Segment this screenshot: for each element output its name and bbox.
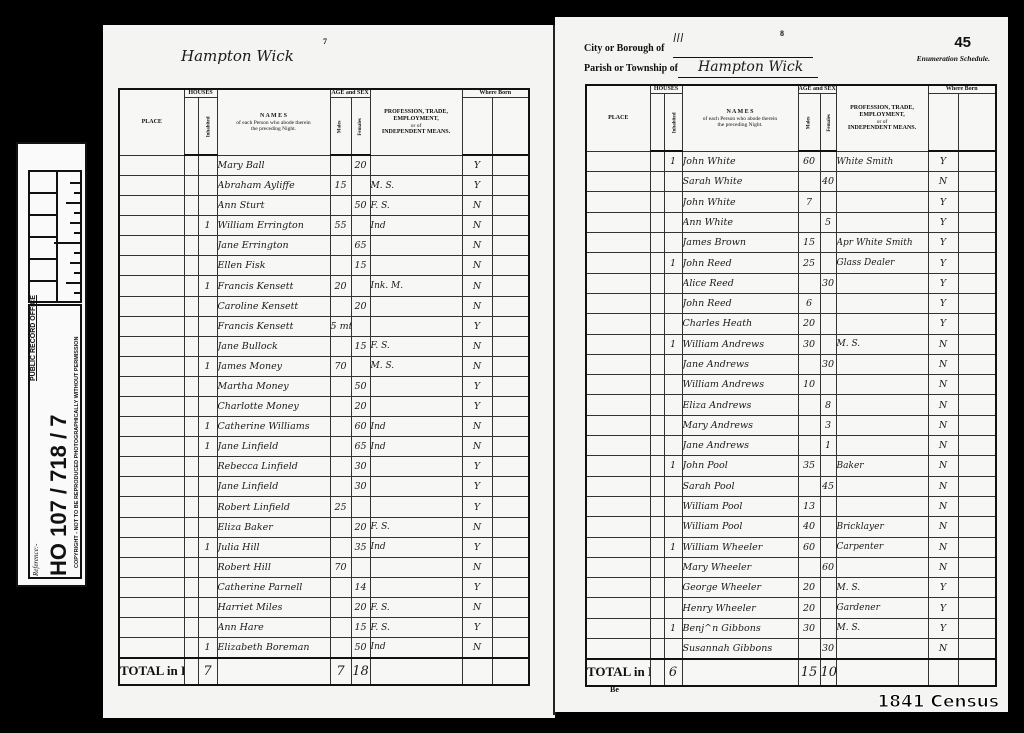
occupation: Ind	[370, 216, 462, 236]
born-foreign	[958, 618, 996, 638]
inhabited-cell	[664, 375, 682, 395]
person-name: Jane Andrews	[682, 354, 798, 374]
place-cell	[119, 557, 184, 577]
inhabited-cell	[664, 273, 682, 293]
born-foreign	[958, 415, 996, 435]
inhabited-cell	[664, 436, 682, 456]
occupation	[370, 236, 462, 256]
page-number: 7	[323, 37, 327, 46]
place-cell	[119, 517, 184, 537]
occupation	[836, 293, 928, 313]
age-male	[330, 397, 351, 417]
census-row: William Pool40BricklayerN	[586, 517, 996, 537]
city-label: City or Borough of	[584, 43, 664, 54]
total-males: 7	[330, 658, 351, 685]
uninhabited-cell	[650, 314, 664, 334]
inhabited-cell	[198, 256, 217, 276]
age-male	[330, 517, 351, 537]
born-same-county: N	[462, 417, 492, 437]
born-same-county: Y	[462, 316, 492, 336]
census-row: 1Elizabeth Boreman50IndN	[119, 638, 529, 658]
uninhabited-cell	[184, 276, 198, 296]
place-cell	[586, 273, 650, 293]
place-cell	[586, 517, 650, 537]
person-name: Alice Reed	[682, 273, 798, 293]
person-name: John White	[682, 151, 798, 171]
age-male	[798, 395, 820, 415]
place-cell	[119, 196, 184, 216]
born-same-county: N	[928, 436, 958, 456]
place-cell	[586, 253, 650, 273]
inhabited-cell	[198, 397, 217, 417]
uninhabited-cell	[184, 256, 198, 276]
parish-name: Hampton Wick	[181, 47, 294, 65]
col-place: PLACE	[586, 85, 650, 151]
col-females: Females	[820, 93, 836, 151]
occupation	[836, 415, 928, 435]
city-field	[673, 57, 813, 58]
age-female: 60	[351, 417, 370, 437]
born-foreign	[958, 517, 996, 537]
census-row: Ann White5Y	[586, 212, 996, 232]
born-same-county: N	[462, 196, 492, 216]
occupation: Ind	[370, 537, 462, 557]
census-row: Jane Andrews30N	[586, 354, 996, 374]
age-male: 70	[330, 356, 351, 376]
age-male: 6	[798, 293, 820, 313]
occupation: Apr White Smith	[836, 233, 928, 253]
born-same-county: Y	[928, 314, 958, 334]
age-male: 15	[798, 233, 820, 253]
occupation: M. S.	[836, 578, 928, 598]
census-row: Robert Linfield25Y	[119, 497, 529, 517]
census-row: Martha Money50Y	[119, 376, 529, 396]
age-female: 30	[351, 477, 370, 497]
age-female: 65	[351, 437, 370, 457]
person-name: George Wheeler	[682, 578, 798, 598]
place-cell	[586, 293, 650, 313]
person-name: William Pool	[682, 517, 798, 537]
person-name: Benj^n Gibbons	[682, 618, 798, 638]
age-male: 20	[798, 578, 820, 598]
census-row: 1Jane Linfield65IndN	[119, 437, 529, 457]
census-row: Jane Andrews1N	[586, 436, 996, 456]
inhabited-cell	[198, 457, 217, 477]
footer-mark: Be	[610, 685, 619, 694]
inhabited-cell	[664, 496, 682, 516]
census-row: Susannah Gibbons30N	[586, 639, 996, 659]
age-male	[798, 354, 820, 374]
age-male	[330, 618, 351, 638]
born-foreign	[492, 175, 529, 195]
place-cell	[586, 456, 650, 476]
census-watermark: 1841 Census	[877, 692, 999, 712]
inhabited-cell	[198, 376, 217, 396]
born-foreign	[492, 196, 529, 216]
uninhabited-cell	[184, 557, 198, 577]
census-row: James Brown15Apr White SmithY	[586, 233, 996, 253]
place-cell	[586, 192, 650, 212]
col-age-sex: AGE and SEX	[330, 89, 370, 97]
born-same-county: N	[928, 395, 958, 415]
born-same-county: N	[928, 375, 958, 395]
census-row: Henry Wheeler20GardenerY	[586, 598, 996, 618]
census-row: Harriet Miles20F. S.N	[119, 597, 529, 617]
uninhabited-cell	[184, 497, 198, 517]
age-female: 20	[351, 597, 370, 617]
born-same-county: N	[928, 334, 958, 354]
age-male	[330, 638, 351, 658]
inhabited-cell	[664, 639, 682, 659]
born-foreign	[958, 293, 996, 313]
schedule-label: Enumeration Schedule.	[917, 54, 990, 63]
occupation	[836, 436, 928, 456]
born-same-county: N	[928, 354, 958, 374]
uninhabited-cell	[650, 598, 664, 618]
age-female: 50	[351, 638, 370, 658]
census-row: William Pool13N	[586, 496, 996, 516]
person-name: Julia Hill	[217, 537, 330, 557]
inhabited-cell	[664, 415, 682, 435]
age-female	[351, 316, 370, 336]
page-number: 8	[780, 29, 784, 38]
inhabited-cell	[198, 497, 217, 517]
person-name: Harriet Miles	[217, 597, 330, 617]
inhabited-cell	[664, 598, 682, 618]
born-same-county: N	[928, 476, 958, 496]
place-cell	[119, 638, 184, 658]
born-foreign	[492, 376, 529, 396]
age-female	[820, 618, 836, 638]
uninhabited-cell	[650, 253, 664, 273]
age-female	[351, 276, 370, 296]
age-male: 20	[798, 314, 820, 334]
inhabited-cell	[664, 557, 682, 577]
census-row: Ellen Fisk15N	[119, 256, 529, 276]
person-name: Jane Andrews	[682, 436, 798, 456]
census-table-right: PLACE HOUSES N A M E Sof each Person who…	[585, 84, 997, 687]
uninhabited-cell	[650, 639, 664, 659]
col-foreign: Whether Born in Scotland, Ireland, or Fo…	[492, 97, 529, 155]
born-foreign	[958, 557, 996, 577]
age-male	[798, 476, 820, 496]
age-female	[820, 334, 836, 354]
born-foreign	[492, 336, 529, 356]
occupation	[370, 577, 462, 597]
occupation: Glass Dealer	[836, 253, 928, 273]
age-male: 5 mths	[330, 316, 351, 336]
occupation: M. S.	[836, 334, 928, 354]
person-name: John Reed	[682, 253, 798, 273]
born-foreign	[958, 375, 996, 395]
occupation	[370, 296, 462, 316]
place-cell	[119, 376, 184, 396]
parish-name: Hampton Wick	[698, 59, 803, 75]
born-foreign	[492, 537, 529, 557]
col-houses: HOUSES	[650, 85, 682, 93]
person-name: Mary Andrews	[682, 415, 798, 435]
age-male	[330, 236, 351, 256]
inhabited-cell	[198, 517, 217, 537]
inhabited-cell	[198, 296, 217, 316]
age-female: 60	[820, 557, 836, 577]
born-foreign	[958, 273, 996, 293]
age-female	[820, 537, 836, 557]
uninhabited-cell	[184, 638, 198, 658]
place-cell	[586, 354, 650, 374]
person-name: Susannah Gibbons	[682, 639, 798, 659]
age-female	[820, 375, 836, 395]
occupation	[836, 354, 928, 374]
inhabited-cell: 1	[664, 151, 682, 171]
age-male	[330, 155, 351, 175]
place-cell	[586, 212, 650, 232]
person-name: Henry Wheeler	[682, 598, 798, 618]
place-cell	[119, 597, 184, 617]
census-row: Abraham Ayliffe15M. S.Y	[119, 175, 529, 195]
col-same-county: Whether Born in same County	[928, 93, 958, 151]
census-row: Sarah White40N	[586, 172, 996, 192]
col-males: Males	[330, 97, 351, 155]
born-same-county: Y	[928, 192, 958, 212]
census-row: Ann Sturt50F. S.N	[119, 196, 529, 216]
born-same-county: Y	[928, 233, 958, 253]
occupation: Ink. M.	[370, 276, 462, 296]
col-names: N A M E Sof each Person who abode therei…	[682, 85, 798, 151]
record-office-label: PUBLIC RECORD OFFICE	[30, 295, 37, 381]
age-male: 25	[330, 497, 351, 517]
reference-label: Reference:-	[32, 544, 40, 576]
reference-box: PUBLIC RECORD OFFICE HO 107 / 718 / 7 Re…	[28, 304, 82, 579]
census-row: 1William Errington55IndN	[119, 216, 529, 236]
inhabited-cell: 1	[664, 334, 682, 354]
place-cell	[119, 256, 184, 276]
born-foreign	[958, 476, 996, 496]
age-male: 15	[330, 175, 351, 195]
census-row: Ann Hare15F. S.Y	[119, 618, 529, 638]
born-same-county: N	[462, 276, 492, 296]
age-male: 30	[798, 334, 820, 354]
occupation	[370, 376, 462, 396]
born-foreign	[492, 457, 529, 477]
inhabited-cell: 1	[664, 253, 682, 273]
born-same-county: Y	[928, 212, 958, 232]
age-male	[798, 273, 820, 293]
age-male: 20	[330, 276, 351, 296]
uninhabited-cell	[650, 456, 664, 476]
born-same-county: Y	[462, 175, 492, 195]
census-row: 1William Andrews30M. S.N	[586, 334, 996, 354]
born-foreign	[958, 314, 996, 334]
census-row: Francis Kensett5 mthsY	[119, 316, 529, 336]
occupation: F. S.	[370, 618, 462, 638]
place-cell	[119, 618, 184, 638]
inhabited-cell	[198, 597, 217, 617]
uninhabited-cell	[650, 192, 664, 212]
age-male	[798, 212, 820, 232]
uninhabited-cell	[184, 336, 198, 356]
person-name: Jane Linfield	[217, 477, 330, 497]
census-row: Jane Linfield30Y	[119, 477, 529, 497]
born-foreign	[492, 417, 529, 437]
person-name: Eliza Baker	[217, 517, 330, 537]
place-cell	[119, 155, 184, 175]
place-cell	[119, 417, 184, 437]
place-cell	[586, 314, 650, 334]
age-male	[798, 557, 820, 577]
age-female: 50	[351, 196, 370, 216]
born-same-county: Y	[462, 155, 492, 175]
age-male	[798, 415, 820, 435]
born-same-county: Y	[462, 457, 492, 477]
born-foreign	[958, 456, 996, 476]
born-foreign	[958, 578, 996, 598]
occupation: Ind	[370, 417, 462, 437]
born-same-county: N	[928, 496, 958, 516]
col-same-county: Whether Born in same County	[462, 97, 492, 155]
person-name: Jane Bullock	[217, 336, 330, 356]
place-cell	[119, 477, 184, 497]
age-female: 30	[820, 354, 836, 374]
person-name: Ann Sturt	[217, 196, 330, 216]
uninhabited-cell	[650, 273, 664, 293]
place-cell	[586, 476, 650, 496]
person-name: James Brown	[682, 233, 798, 253]
inhabited-cell: 1	[198, 356, 217, 376]
inhabited-cell: 1	[198, 216, 217, 236]
place-cell	[119, 336, 184, 356]
born-foreign	[958, 598, 996, 618]
age-female	[820, 253, 836, 273]
uninhabited-cell	[650, 233, 664, 253]
occupation: F. S.	[370, 517, 462, 537]
uninhabited-cell	[184, 155, 198, 175]
place-cell	[119, 537, 184, 557]
age-female	[351, 356, 370, 376]
born-foreign	[492, 216, 529, 236]
inhabited-cell	[198, 175, 217, 195]
born-same-county: N	[928, 415, 958, 435]
inhabited-cell: 1	[198, 276, 217, 296]
age-female	[820, 192, 836, 212]
census-rows: Mary Ball20YAbraham Ayliffe15M. S.YAnn S…	[119, 155, 529, 657]
col-age-sex: AGE and SEX	[798, 85, 836, 93]
born-same-county: N	[462, 336, 492, 356]
parish-label: Parish or Township of	[584, 63, 678, 74]
inhabited-cell: 1	[198, 537, 217, 557]
person-name: Elizabeth Boreman	[217, 638, 330, 658]
occupation	[836, 172, 928, 192]
uninhabited-cell	[184, 216, 198, 236]
occupation	[836, 375, 928, 395]
age-male	[330, 437, 351, 457]
occupation: F. S.	[370, 196, 462, 216]
born-same-county: Y	[928, 598, 958, 618]
age-male	[330, 417, 351, 437]
place-cell	[119, 216, 184, 236]
uninhabited-cell	[650, 537, 664, 557]
occupation: Ind	[370, 638, 462, 658]
born-same-county: Y	[928, 293, 958, 313]
col-inhabited: Inhabited	[664, 93, 682, 151]
person-name: Abraham Ayliffe	[217, 175, 330, 195]
born-foreign	[492, 296, 529, 316]
inhabited-cell: 1	[198, 437, 217, 457]
place-cell	[586, 395, 650, 415]
uninhabited-cell	[184, 597, 198, 617]
copyright-notice: COPYRIGHT - NOT TO BE REPRODUCED PHOTOGR…	[74, 337, 80, 568]
census-page-right: 8 ǀǀǀ City or Borough of Parish or Towns…	[555, 17, 1008, 712]
inhabited-cell	[198, 236, 217, 256]
col-males: Males	[798, 93, 820, 151]
age-female: 14	[351, 577, 370, 597]
inhabited-cell	[198, 155, 217, 175]
age-male	[330, 537, 351, 557]
col-profession: PROFESSION, TRADE,EMPLOYMENT,or ofINDEPE…	[370, 89, 462, 155]
born-same-county: Y	[462, 376, 492, 396]
census-row: Eliza Andrews8N	[586, 395, 996, 415]
age-male	[330, 376, 351, 396]
uninhabited-cell	[184, 437, 198, 457]
age-male	[798, 639, 820, 659]
census-page-left: 7 Hampton Wick PLACE HOUSES N A M E Sof …	[103, 25, 555, 718]
person-name: Caroline Kensett	[217, 296, 330, 316]
born-foreign	[958, 496, 996, 516]
uninhabited-cell	[184, 316, 198, 336]
born-foreign	[958, 537, 996, 557]
born-same-county: N	[928, 639, 958, 659]
age-male: 70	[330, 557, 351, 577]
born-same-county: N	[462, 256, 492, 276]
born-foreign	[492, 155, 529, 175]
inhabited-cell: 1	[664, 537, 682, 557]
total-row: TOTAL in Page 7 7 7 18	[119, 658, 529, 685]
person-name: Ann Hare	[217, 618, 330, 638]
age-female: 1	[820, 436, 836, 456]
place-cell	[119, 356, 184, 376]
uninhabited-cell	[184, 175, 198, 195]
place-cell	[119, 236, 184, 256]
age-male: 35	[798, 456, 820, 476]
uninhabited-cell	[650, 354, 664, 374]
uninhabited-cell	[650, 293, 664, 313]
person-name: Charles Heath	[682, 314, 798, 334]
inhabited-cell	[664, 578, 682, 598]
occupation: Ind	[370, 437, 462, 457]
age-male	[330, 256, 351, 276]
place-cell	[586, 151, 650, 171]
born-same-county: N	[462, 557, 492, 577]
inhabited-cell	[664, 517, 682, 537]
uninhabited-cell	[650, 375, 664, 395]
person-name: John White	[682, 192, 798, 212]
born-same-county: Y	[462, 477, 492, 497]
uninhabited-cell	[650, 172, 664, 192]
person-name: Francis Kensett	[217, 316, 330, 336]
census-row: Sarah Pool45N	[586, 476, 996, 496]
age-male	[798, 172, 820, 192]
total-females: 10	[820, 659, 836, 686]
census-row: 1John White60White SmithY	[586, 151, 996, 171]
occupation	[836, 212, 928, 232]
born-foreign	[492, 477, 529, 497]
uninhabited-cell	[184, 397, 198, 417]
census-row: William Andrews10N	[586, 375, 996, 395]
total-females: 18	[351, 658, 370, 685]
occupation	[370, 155, 462, 175]
age-female: 15	[351, 618, 370, 638]
folio-number: 45	[954, 34, 971, 51]
